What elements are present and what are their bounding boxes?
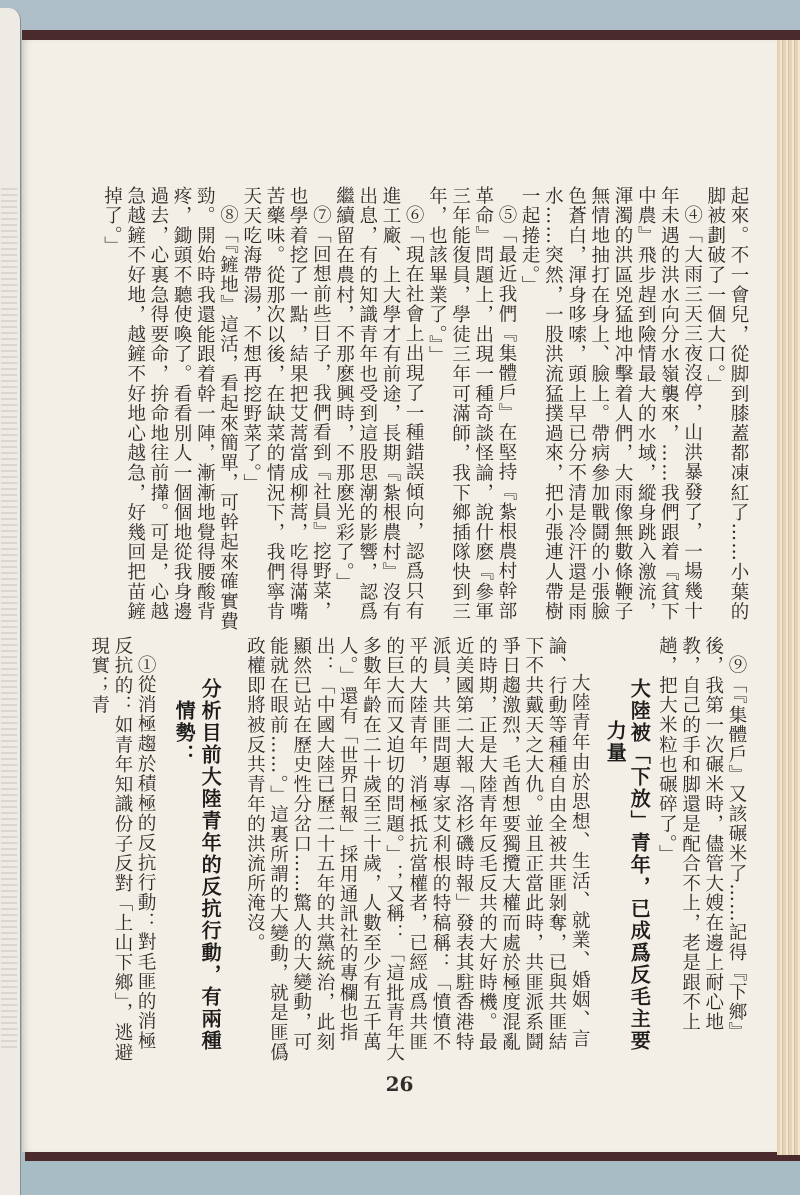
paragraph-item-7: ⑦「回想前些日子，我們看到『社員』挖野菜，也學着挖了一點，結果把艾蒿當成柳蒿，吃… — [240, 186, 333, 636]
paragraph-item-9: ⑨「『集體戶』又該碾米了……記得『下鄉』後，我第一次碾米時，儘管大嫂在邊上耐心地… — [655, 636, 748, 1066]
page-stack-edge — [777, 40, 800, 1155]
section-gap — [229, 636, 243, 1066]
paragraph-item-8: ⑧「『鏟地』這活，看起來簡單，可幹起來確實費勁。開始時我還能跟着幹一陣，漸漸地覺… — [100, 186, 239, 636]
book-page: 起來。不一會兒，從脚到膝蓋都凍紅了……小葉的脚被劃破了一個大口。」 ④「大雨三天… — [22, 40, 777, 1152]
previous-page-text-fragment — [1, 188, 17, 1048]
paragraph-item-6: ⑥「現在社會上出現了一種錯誤傾向，認爲只有進工廠、上大學才有前途，長期『紮根農村… — [332, 186, 425, 636]
section-body-2: ①從消極趨於積極的反抗行動：對毛匪的消極反抗的：如青年知識份子反對「上山下鄉」，… — [88, 636, 158, 1066]
paragraph-item-4: ④「大雨三天三夜沒停，山洪暴發了，一場幾十年未遇的洪水向分水嶺襲來，……我們跟着… — [518, 186, 704, 636]
section-heading-line-2: 情勢： — [171, 678, 197, 1066]
section-heading-youth-anti-mao-force: 大陸被「下放」青年，已成爲反毛主要 力量 — [603, 636, 651, 1066]
previous-page-edge — [0, 8, 21, 1195]
top-text-register: 起來。不一會兒，從脚到膝蓋都凍紅了……小葉的脚被劃破了一個大口。」 ④「大雨三天… — [100, 186, 750, 636]
section-heading-line-1: 分析目前大陸青年的反抗行動，有兩種 — [198, 678, 222, 1052]
section-heading-line-1: 大陸被「下放」青年，已成爲反毛主要 — [627, 678, 651, 1052]
paragraph-continuation: 起來。不一會兒，從脚到膝蓋都凍紅了……小葉的脚被劃破了一個大口。」 — [704, 186, 750, 636]
page-number: 26 — [22, 1072, 777, 1096]
background-bottom — [0, 1160, 800, 1195]
book-cover-edge-bottom — [25, 1152, 800, 1161]
section-heading-resistance-analysis: 分析目前大陸青年的反抗行動，有兩種 情勢： — [171, 636, 223, 1066]
bottom-text-register: ⑨「『集體戶』又該碾米了……記得『下鄉』後，我第一次碾米時，儘管大嫂在邊上耐心地… — [93, 636, 748, 1066]
section-heading-line-2: 力量 — [603, 678, 627, 1066]
book-cover-edge-top — [22, 30, 800, 40]
section-body-1: 大陸青年由於思想、生活、就業、婚姻、言論、行動等種種自由全被共匪剝奪，已與共匪結… — [243, 636, 591, 1066]
paragraph-item-5: ⑤「最近我們『集體戶』在堅持『紮根農村幹部革命』問題上，出現一種奇談怪論，說什麽… — [425, 186, 518, 636]
